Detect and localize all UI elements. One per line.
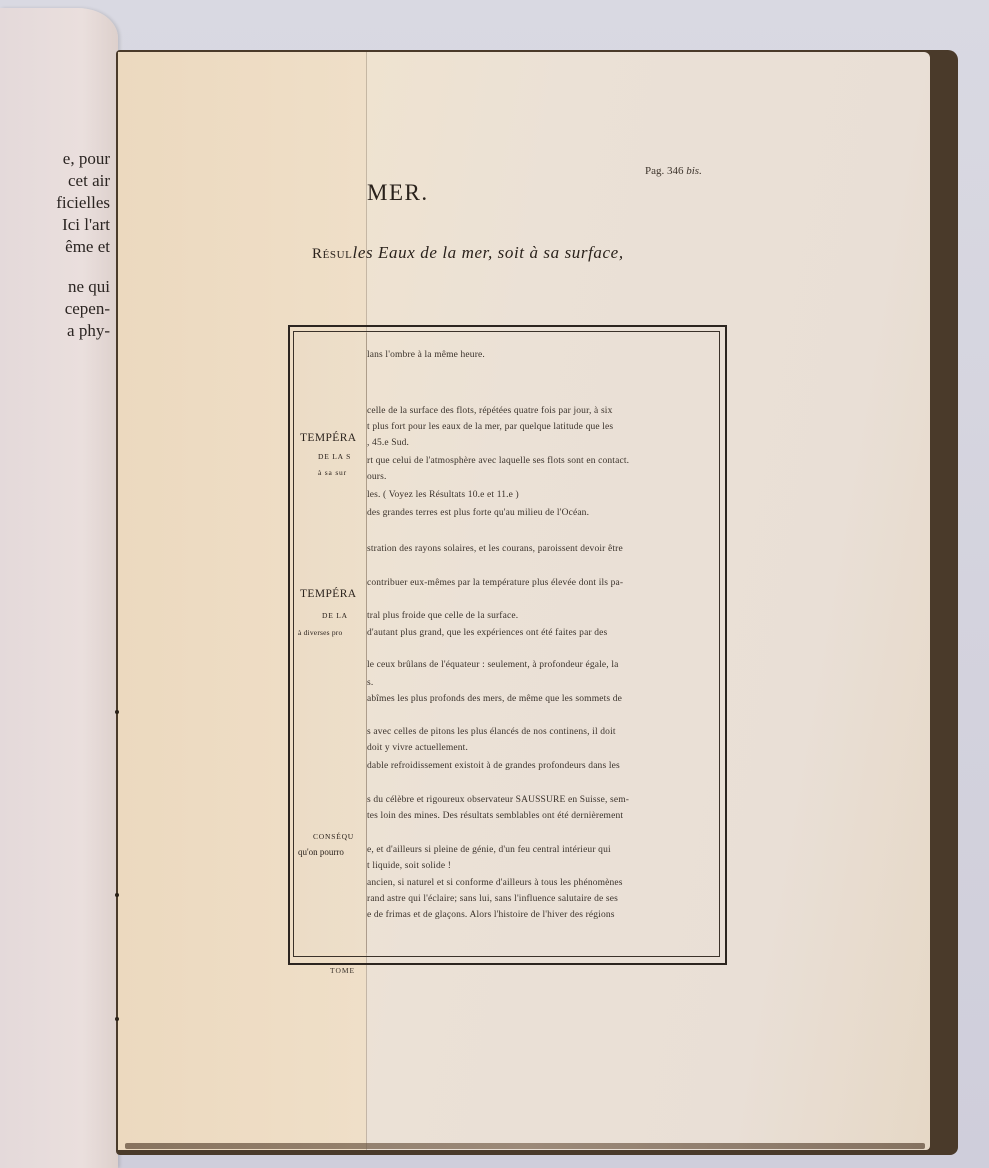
table-row: e de frimas et de glaçons. Alors l'histo…	[367, 910, 615, 920]
table-row: s.	[367, 678, 373, 688]
left-page: e, pour cet air ficielles Ici l'art ême …	[0, 8, 118, 1168]
left-line: a phy-	[56, 320, 110, 342]
table-row: lans l'ombre à la même heure.	[367, 350, 485, 360]
table-row: dable refroidissement existoit à de gran…	[367, 761, 620, 771]
table-row: le ceux brûlans de l'équateur : seulemen…	[367, 660, 619, 670]
page-title: MER.	[367, 180, 429, 206]
page-subtitle: Résulles Eaux de la mer, soit à sa surfa…	[312, 243, 624, 263]
left-line: ne qui	[56, 276, 110, 298]
sidebar-sublabel: qu'on pourro	[298, 847, 344, 857]
table-row: d'autant plus grand, que les expériences…	[367, 628, 607, 638]
left-line: e, pour	[56, 148, 110, 170]
table-row: tral plus froide que celle de la surface…	[367, 611, 518, 621]
left-line: ficielles	[56, 192, 110, 214]
sidebar-sublabel: à sa sur	[318, 468, 347, 477]
table-row: t liquide, soit solide !	[367, 861, 451, 871]
table-row: s avec celles de pitons les plus élancés…	[367, 727, 616, 737]
binding-stitch-icon	[115, 893, 119, 897]
table-row: stration des rayons solaires, et les cou…	[367, 544, 623, 554]
sidebar-label-consequence: CONSÉQU	[313, 832, 354, 841]
table-row: abîmes les plus profonds des mers, de mê…	[367, 694, 622, 704]
page-bottom-edge	[125, 1143, 925, 1149]
table-row: t plus fort pour les eaux de la mer, par…	[367, 422, 613, 432]
left-line: cepen-	[56, 298, 110, 320]
sidebar-sublabel: à diverses pro	[298, 628, 342, 637]
subtitle-text: les Eaux de la mer, soit à sa surface,	[353, 243, 624, 262]
left-line: cet air	[56, 170, 110, 192]
binding-stitch-icon	[115, 1017, 119, 1021]
table-row: tes loin des mines. Des résultats sembla…	[367, 811, 623, 821]
subtitle-caps: Résul	[312, 246, 353, 262]
sidebar-label-temperature-2: TEMPÉRA	[300, 588, 356, 600]
footer-tome: TOME	[330, 966, 355, 975]
table-row: des grandes terres est plus forte qu'au …	[367, 508, 589, 518]
sidebar-sublabel: DE LA S	[318, 452, 351, 461]
table-row: rand astre qui l'éclaire; sans lui, sans…	[367, 894, 618, 904]
paragraph-gap	[56, 258, 110, 276]
table-row: doit y vivre actuellement.	[367, 743, 468, 753]
folded-strip-over-frame	[295, 333, 366, 953]
sidebar-sublabel: DE LA	[322, 611, 348, 620]
left-line: ême et	[56, 236, 110, 258]
table-row: ancien, si naturel et si conforme d'aill…	[367, 878, 623, 888]
table-row: , 45.e Sud.	[367, 438, 409, 448]
page-number: Pag. 346 bis.	[645, 165, 702, 177]
left-page-text: e, pour cet air ficielles Ici l'art ême …	[56, 148, 110, 342]
table-row: rt que celui de l'atmosphère avec laquel…	[367, 456, 629, 466]
table-row: celle de la surface des flots, répétées …	[367, 406, 613, 416]
left-line: Ici l'art	[56, 214, 110, 236]
table-row: contribuer eux-mêmes par la température …	[367, 578, 623, 588]
binding-stitch-icon	[115, 710, 119, 714]
sidebar-label-temperature-1: TEMPÉRA	[300, 432, 356, 444]
table-row: ours.	[367, 472, 387, 482]
table-row: s du célèbre et rigoureux observateur SA…	[367, 795, 629, 805]
table-row: les. ( Voyez les Résultats 10.e et 11.e …	[367, 490, 519, 500]
table-row: e, et d'ailleurs si pleine de génie, d'u…	[367, 845, 611, 855]
